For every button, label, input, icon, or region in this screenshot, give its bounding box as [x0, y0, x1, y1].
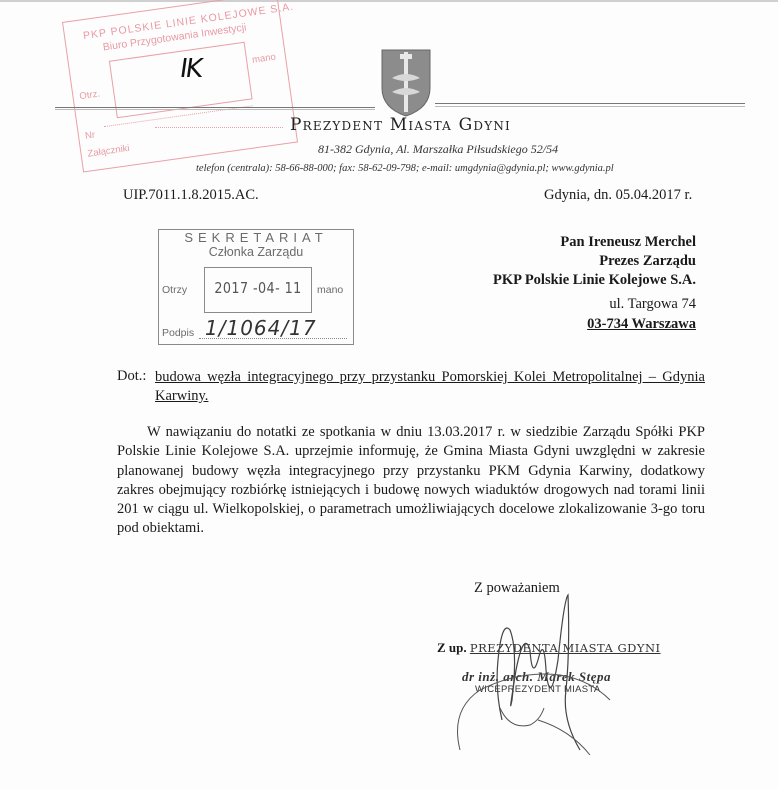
subject-text: budowa węzła integracyjnego przy przysta…	[155, 368, 705, 406]
letterhead-rule-left-2	[55, 109, 375, 110]
stamp-received-suffix: mano	[251, 52, 276, 66]
stamp-received-label: Otrz.	[79, 88, 101, 102]
secretariat-handwritten-number: 1/1064/17	[205, 316, 317, 340]
stamp-attachments-label: Załączniki	[87, 143, 130, 160]
incoming-red-stamp: PKP POLSKIE LINIE KOLEJOWE S.A. Biuro Pr…	[62, 0, 298, 173]
on-behalf-label: Z up.	[437, 640, 467, 655]
stamp-number-label: Nr	[84, 130, 95, 142]
closing-regards: Z poważaniem	[474, 580, 560, 597]
recipient-city: 03-734 Warszawa	[587, 316, 696, 333]
closing-on-behalf: Z up. PREZYDENTA MIASTA GDYNI	[437, 640, 661, 656]
recipient-position: Prezes Zarządu	[493, 252, 696, 271]
secretariat-subtitle: Członka Zarządu	[159, 245, 353, 259]
body-paragraph: W nawiązaniu do notatki ze spotkania w d…	[117, 423, 705, 539]
secretariat-received-label: Otrzy	[162, 284, 187, 296]
office-stamp: PREZYDENTA MIASTA GDYNI	[470, 641, 661, 655]
handwritten-mark: IK	[178, 54, 203, 84]
secretariat-received-date: 2017 -04- 11	[213, 279, 303, 297]
letterhead-address: 81-382 Gdynia, Al. Marszałka Piłsudskieg…	[318, 142, 558, 157]
recipient-block: Pan Ireneusz Merchel Prezes Zarządu PKP …	[493, 233, 696, 290]
letterhead-title: Prezydent Miasta Gdyni	[290, 115, 511, 135]
letter-date: Gdynia, dn. 05.04.2017 r.	[544, 187, 692, 204]
letter-body: W nawiązaniu do notatki ze spotkania w d…	[117, 423, 705, 539]
reference-number: UIP.7011.1.8.2015.AC.	[123, 187, 259, 204]
letterhead-contact: telefon (centrala): 58-66-88-000; fax: 5…	[196, 163, 614, 174]
signer-role: WICEPREZYDENT MIASTA	[475, 684, 600, 695]
signer-name: dr inż. arch. Marek Stępa	[462, 669, 611, 685]
gdynia-coat-of-arms-icon	[380, 48, 432, 118]
subject-label: Dot.:	[117, 368, 146, 385]
secretariat-received-suffix: mano	[317, 284, 343, 296]
recipient-company: PKP Polskie Linie Kolejowe S.A.	[493, 271, 696, 290]
letterhead-title-text: Prezydent Miasta Gdyni	[290, 115, 511, 135]
letterhead-rule-left	[55, 107, 375, 108]
secretariat-signature-label: Podpis	[162, 327, 194, 339]
secretariat-stamp: SEKRETARIAT Członka Zarządu Otrzy 2017 -…	[158, 229, 354, 345]
secretariat-date-box: 2017 -04- 11	[204, 267, 312, 313]
page-top-border	[0, 0, 778, 2]
secretariat-title: SEKRETARIAT	[159, 230, 353, 245]
letterhead-rule-right	[435, 103, 745, 104]
recipient-name: Pan Ireneusz Merchel	[493, 233, 696, 252]
recipient-street: ul. Targowa 74	[609, 296, 696, 313]
letterhead-rule-right-2	[435, 106, 745, 107]
stamp-dotted-leader	[155, 127, 283, 128]
